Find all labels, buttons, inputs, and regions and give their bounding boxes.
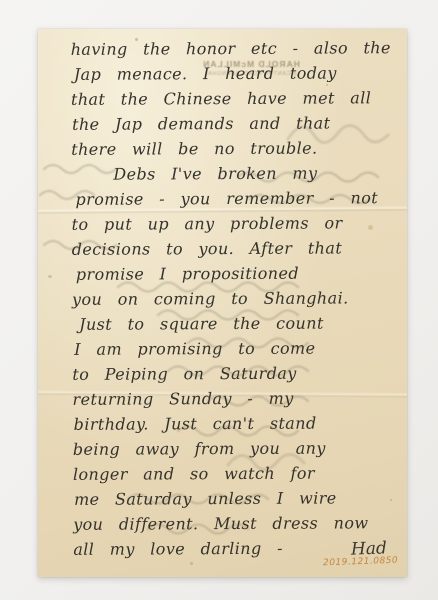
letter-line: decisions to you. After that xyxy=(72,235,402,262)
letter-line: to Peiping on Saturday xyxy=(72,360,402,387)
catalog-number: 2019.121.0850 xyxy=(323,556,399,569)
foxing-spot xyxy=(190,562,193,565)
letter-line: promise - you remember - not xyxy=(71,185,401,212)
letter-line: Debs I've broken my xyxy=(71,160,401,187)
letter-page: HAROLD McMILLAN 8 CANTON ROAD, SHANGHAI … xyxy=(38,29,407,577)
letter-line: longer and so watch for xyxy=(73,460,403,487)
letter-line: you different. Must dress now xyxy=(73,510,403,537)
letter-line: I am promising to come xyxy=(72,335,402,362)
letter-line: the Jap demands and that xyxy=(71,110,401,137)
letter-line: promise I propositioned xyxy=(72,260,402,287)
letter-line: that the Chinese have met all xyxy=(71,85,401,112)
letter-line: being away from you any xyxy=(73,435,403,462)
letter-line: me Saturday unless I wire xyxy=(73,485,403,512)
letter-line: having the honor etc - also the xyxy=(71,35,401,62)
letter-line: you on coming to Shanghai. xyxy=(72,285,402,312)
foxing-spot xyxy=(48,275,52,278)
letter-line: birthday. Just can't stand xyxy=(73,410,403,437)
letter-line: Just to square the count xyxy=(72,310,402,337)
letter-line: Jap menace. I heard today xyxy=(71,60,401,87)
scan-background: HAROLD McMILLAN 8 CANTON ROAD, SHANGHAI … xyxy=(0,0,438,600)
letter-line: returning Sunday - my xyxy=(72,385,402,412)
letter-line: there will be no trouble. xyxy=(71,135,401,162)
handwritten-text: having the honor etc - also the Jap mena… xyxy=(71,35,404,562)
letter-line: to put up any problems or xyxy=(72,210,402,237)
